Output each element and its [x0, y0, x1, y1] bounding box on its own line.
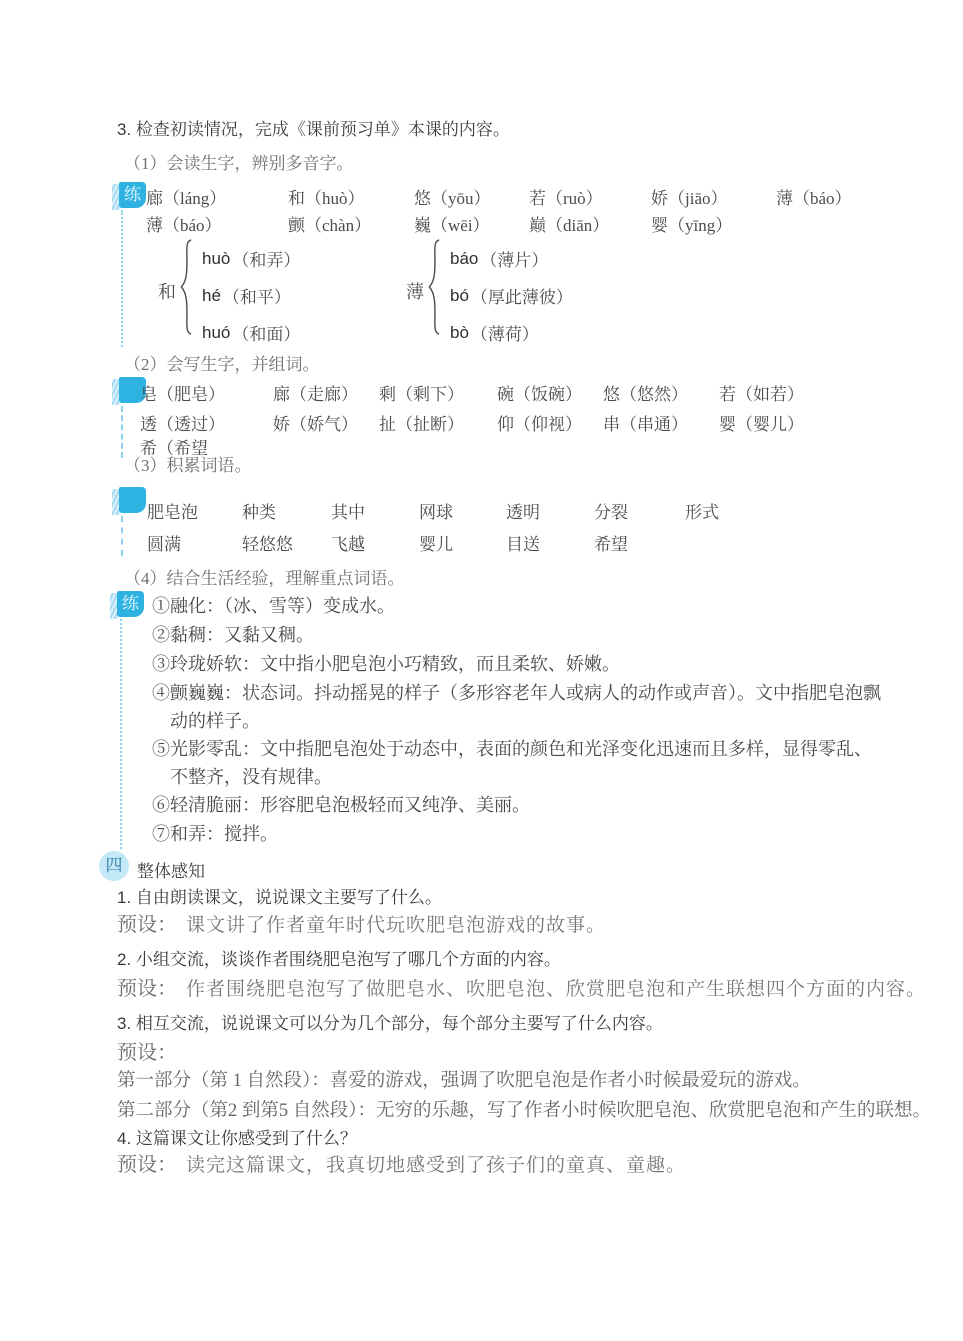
- practice-flag-icon: 练: [119, 182, 146, 208]
- duoyin-reading: bò （薄荷）: [450, 314, 573, 351]
- word-item: 扯（扯断）: [379, 410, 497, 435]
- answer-3-part-1: 第一部分（第 1 自然段）：喜爱的游戏，强调了吹肥皂泡是作者小时候最爱玩的游戏。: [117, 1066, 811, 1092]
- answer-2: 预设：作者围绕肥皂泡写了做肥皂水、吹肥皂泡、欣赏肥皂泡和产生联想四个方面的内容。: [117, 972, 926, 1001]
- word-item: 串（串通）: [603, 410, 719, 435]
- section-number-badge: 四: [99, 851, 129, 881]
- duoyin-character: 和: [158, 278, 176, 304]
- answer-3-label: 预设：: [117, 1036, 186, 1065]
- duoyin-reading: hé （和平）: [202, 277, 300, 314]
- document-page: 3. 检查初读情况，完成《课前预习单》本课的内容。 （1）会读生字，辨别多音字。…: [0, 0, 963, 1341]
- vocab-item: 透明: [506, 498, 594, 523]
- pinyin-item: 娇（jiāo）: [651, 184, 776, 209]
- preset-label: 预设：: [117, 1154, 177, 1176]
- pinyin-text: huò: [202, 249, 230, 269]
- preset-label: 预设：: [117, 914, 177, 936]
- pinyin-item: 薄（báo）: [146, 211, 288, 236]
- vocab-item: 其中: [331, 498, 419, 523]
- word-item: 廊（走廊）: [273, 380, 379, 405]
- dashed-guide-line: [121, 406, 123, 458]
- sub-heading-3: （3）积累词语。: [124, 451, 252, 476]
- step3-heading: 3. 检查初读情况，完成《课前预习单》本课的内容。: [117, 115, 510, 140]
- word-item: 碗（饭碗）: [497, 380, 603, 405]
- flag-icon: [119, 487, 146, 513]
- sub-heading-1: （1）会读生字，辨别多音字。: [124, 149, 354, 174]
- definition-item: ④颤巍巍：状态词。抖动摇晃的样子（多形容老年人或病人的动作或声音）。文中指肥皂泡…: [152, 679, 885, 735]
- duoyin-reading: bó （厚此薄彼）: [450, 277, 573, 314]
- answer-4: 预设：读完这篇课文，我真切地感受到了孩子们的童真、童趣。: [117, 1148, 686, 1177]
- duoyin-readings: báo （薄片） bó （厚此薄彼） bò （薄荷）: [450, 240, 573, 351]
- duoyin-character: 薄: [406, 278, 424, 304]
- section-heading: 整体感知: [137, 857, 205, 882]
- example-word: （和平）: [223, 283, 291, 308]
- sub-heading-4: （4）结合生活经验，理解重点词语。: [124, 564, 405, 589]
- practice-flag-marker: 练: [112, 182, 146, 209]
- pinyin-item: 巅（diān）: [529, 211, 651, 236]
- practice-flag-marker: 练: [110, 591, 144, 618]
- curly-brace-icon: [428, 238, 441, 336]
- pinyin-text: bò: [450, 323, 469, 343]
- vocab-row-1: 肥皂泡 种类 其中 网球 透明 分裂 形式: [147, 498, 719, 523]
- dotted-guide-line: [121, 210, 123, 347]
- example-word: （和弄）: [232, 246, 300, 271]
- preset-text: 读完这篇课文，我真切地感受到了孩子们的童真、童趣。: [186, 1155, 686, 1176]
- pinyin-item: 婴（yīng）: [651, 211, 776, 236]
- vocab-item: 网球: [419, 498, 506, 523]
- example-word: （和面）: [232, 320, 300, 345]
- practice-flag-icon: 练: [117, 591, 144, 617]
- example-word: （厚此薄彼）: [471, 283, 573, 308]
- vocab-item: 婴儿: [419, 530, 506, 555]
- pinyin-item: 薄（báo）: [776, 184, 852, 209]
- vocab-item: 形式: [685, 498, 719, 523]
- pinyin-row-2: 薄（báo） 颤（chàn） 巍（wēi） 巅（diān） 婴（yīng）: [146, 211, 776, 236]
- word-item: 剩（剩下）: [379, 380, 497, 405]
- word-item: 悠（悠然）: [603, 380, 719, 405]
- writing-row-1: 皂（肥皂） 廊（走廊） 剩（剩下） 碗（饭碗） 悠（悠然） 若（如若）: [140, 380, 804, 405]
- word-item: 透（透过）: [140, 410, 273, 435]
- blue-flag-marker: [112, 487, 146, 514]
- question-1: 1. 自由朗读课文，说说课文主要写了什么。: [117, 883, 442, 908]
- duoyin-reading: báo （薄片）: [450, 240, 573, 277]
- dotted-guide-line: [120, 619, 122, 849]
- dashed-guide-line: [121, 516, 123, 556]
- pinyin-row-1: 廊（láng） 和（huò） 悠（yōu） 若（ruò） 娇（jiāo） 薄（b…: [146, 184, 852, 209]
- duoyin-reading: huò （和弄）: [202, 240, 300, 277]
- pinyin-item: 廊（láng）: [146, 184, 288, 209]
- curly-brace-icon: [180, 238, 193, 336]
- question-4: 4. 这篇课文让你感受到了什么？: [117, 1124, 357, 1149]
- vocab-item: 轻悠悠: [242, 530, 331, 555]
- answer-3-part-2: 第二部分（第2 到第5 自然段）：无穷的乐趣，写了作者小时候吹肥皂泡、欣赏肥皂泡…: [117, 1096, 931, 1122]
- word-item: 婴（婴儿）: [719, 410, 804, 435]
- preset-text: 作者围绕肥皂泡写了做肥皂水、吹肥皂泡、欣赏肥皂泡和产生联想四个方面的内容。: [186, 979, 926, 1000]
- preset-text: 课文讲了作者童年时代玩吹肥皂泡游戏的故事。: [186, 915, 606, 936]
- pinyin-text: huó: [202, 323, 230, 343]
- question-3: 3. 相互交流，说说课文可以分为几个部分，每个部分主要写了什么内容。: [117, 1009, 663, 1034]
- pinyin-text: bó: [450, 286, 469, 306]
- definition-item: ②黏稠：又黏又稠。: [152, 621, 885, 649]
- vocab-item: 圆满: [147, 530, 242, 555]
- word-item: 皂（肥皂）: [140, 380, 273, 405]
- pinyin-item: 巍（wēi）: [414, 211, 529, 236]
- preset-label: 预设：: [117, 978, 177, 1000]
- example-word: （薄荷）: [471, 320, 539, 345]
- word-item: 若（如若）: [719, 380, 804, 405]
- sub-heading-2: （2）会写生字，并组词。: [124, 350, 320, 375]
- writing-row-2: 透（透过） 娇（娇气） 扯（扯断） 仰（仰视） 串（串通） 婴（婴儿）: [140, 410, 804, 435]
- definition-item: ⑤光影零乱：文中指肥皂泡处于动态中，表面的颜色和光泽变化迅速而且多样，显得零乱、…: [152, 735, 885, 791]
- answer-1: 预设：课文讲了作者童年时代玩吹肥皂泡游戏的故事。: [117, 908, 606, 937]
- pinyin-item: 和（huò）: [288, 184, 414, 209]
- word-item: 娇（娇气）: [273, 410, 379, 435]
- preset-label: 预设：: [117, 1042, 177, 1064]
- vocab-item: 肥皂泡: [147, 498, 242, 523]
- example-word: （薄片）: [480, 246, 548, 271]
- vocab-item: 目送: [506, 530, 594, 555]
- definition-item: ⑥轻清脆丽：形容肥皂泡极轻而又纯净、美丽。: [152, 791, 885, 819]
- duoyin-reading: huó （和面）: [202, 314, 300, 351]
- definition-item: ⑦和弄：搅拌。: [152, 820, 885, 848]
- question-2: 2. 小组交流，谈谈作者围绕肥皂泡写了哪几个方面的内容。: [117, 945, 561, 970]
- vocab-item: 飞越: [331, 530, 419, 555]
- vocab-item: 希望: [594, 530, 685, 555]
- vocab-row-2: 圆满 轻悠悠 飞越 婴儿 目送 希望: [147, 530, 685, 555]
- pinyin-item: 若（ruò）: [529, 184, 651, 209]
- vocab-item: 种类: [242, 498, 331, 523]
- definition-item: ③玲珑娇软：文中指小肥皂泡小巧精致，而且柔软、娇嫩。: [152, 650, 885, 678]
- vocab-item: 分裂: [594, 498, 685, 523]
- pinyin-item: 颤（chàn）: [288, 211, 414, 236]
- duoyin-readings: huò （和弄） hé （和平） huó （和面）: [202, 240, 300, 351]
- pinyin-item: 悠（yōu）: [414, 184, 529, 209]
- pinyin-text: hé: [202, 286, 221, 306]
- definition-item: ①融化：（冰、雪等）变成水。: [152, 592, 885, 620]
- pinyin-text: báo: [450, 249, 478, 269]
- word-item: 仰（仰视）: [497, 410, 603, 435]
